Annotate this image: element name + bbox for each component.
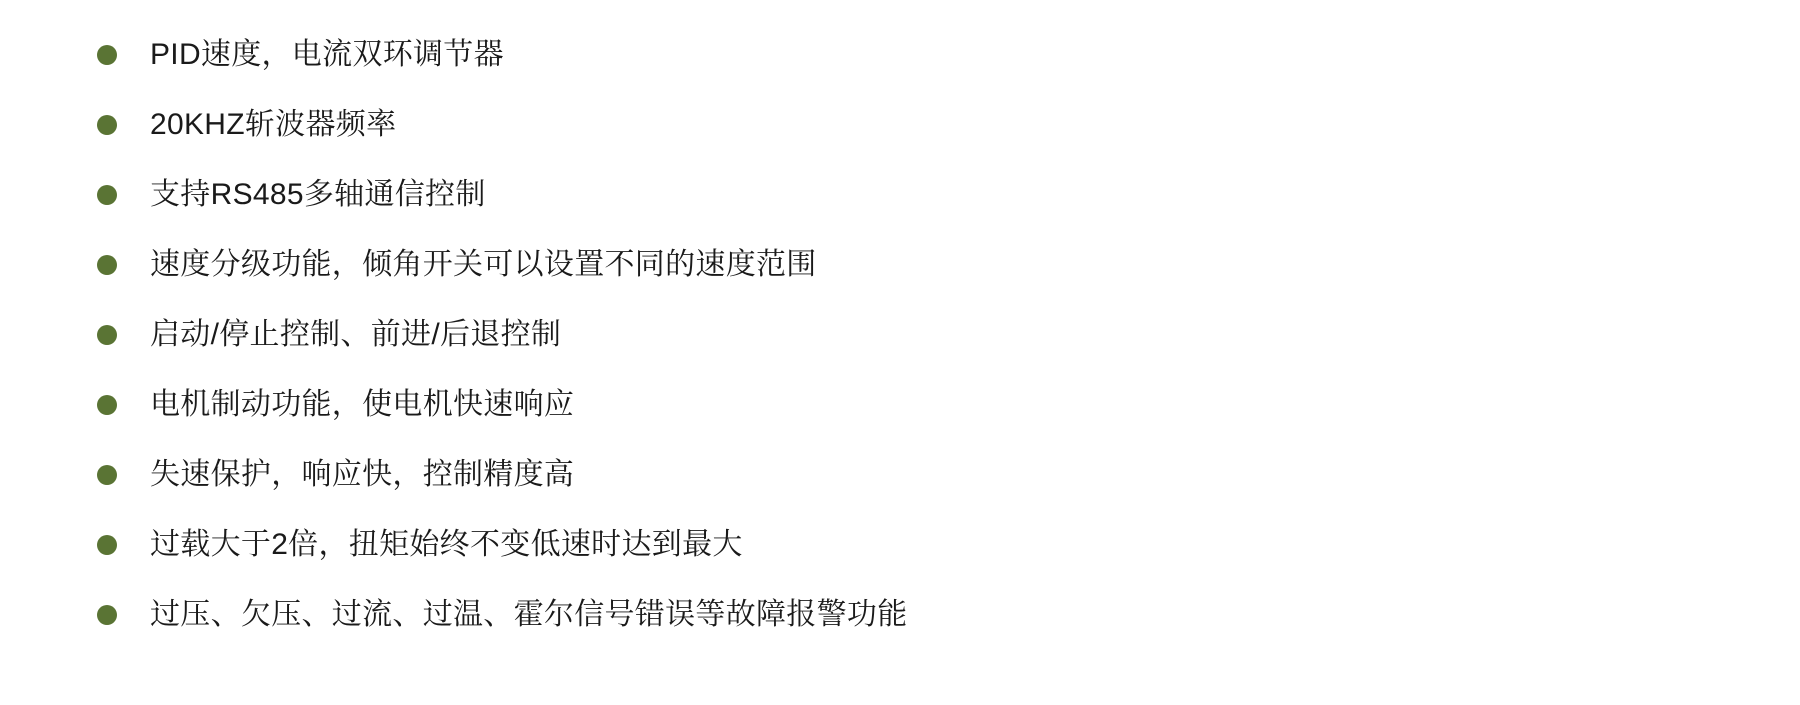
list-item: 支持RS485多轴通信控制 xyxy=(97,160,1800,230)
bullet-icon xyxy=(97,45,117,65)
list-item: 电机制动功能，使电机快速响应 xyxy=(97,370,1800,440)
feature-text: PID速度，电流双环调节器 xyxy=(150,40,504,70)
feature-text: 20KHZ斩波器频率 xyxy=(150,110,396,140)
list-item: 速度分级功能，倾角开关可以设置不同的速度范围 xyxy=(97,230,1800,300)
bullet-icon xyxy=(97,535,117,555)
feature-text: 失速保护，响应快，控制精度高 xyxy=(150,460,574,490)
feature-text: 过载大于2倍，扭矩始终不变低速时达到最大 xyxy=(150,530,743,560)
feature-list: PID速度，电流双环调节器 20KHZ斩波器频率 支持RS485多轴通信控制 速… xyxy=(0,0,1800,650)
list-item: 过压、欠压、过流、过温、霍尔信号错误等故障报警功能 xyxy=(97,580,1800,650)
list-item: 20KHZ斩波器频率 xyxy=(97,90,1800,160)
bullet-icon xyxy=(97,325,117,345)
feature-text: 过压、欠压、过流、过温、霍尔信号错误等故障报警功能 xyxy=(150,600,908,630)
feature-text: 启动/停止控制、前进/后退控制 xyxy=(150,320,561,350)
bullet-icon xyxy=(97,255,117,275)
bullet-icon xyxy=(97,185,117,205)
bullet-icon xyxy=(97,605,117,625)
bullet-icon xyxy=(97,465,117,485)
feature-list-page: PID速度，电流双环调节器 20KHZ斩波器频率 支持RS485多轴通信控制 速… xyxy=(0,0,1800,705)
feature-text: 电机制动功能，使电机快速响应 xyxy=(150,390,574,420)
feature-text: 支持RS485多轴通信控制 xyxy=(150,180,486,210)
list-item: PID速度，电流双环调节器 xyxy=(97,20,1800,90)
list-item: 失速保护，响应快，控制精度高 xyxy=(97,440,1800,510)
list-item: 过载大于2倍，扭矩始终不变低速时达到最大 xyxy=(97,510,1800,580)
list-item: 启动/停止控制、前进/后退控制 xyxy=(97,300,1800,370)
bullet-icon xyxy=(97,395,117,415)
feature-text: 速度分级功能，倾角开关可以设置不同的速度范围 xyxy=(150,250,817,280)
bullet-icon xyxy=(97,115,117,135)
